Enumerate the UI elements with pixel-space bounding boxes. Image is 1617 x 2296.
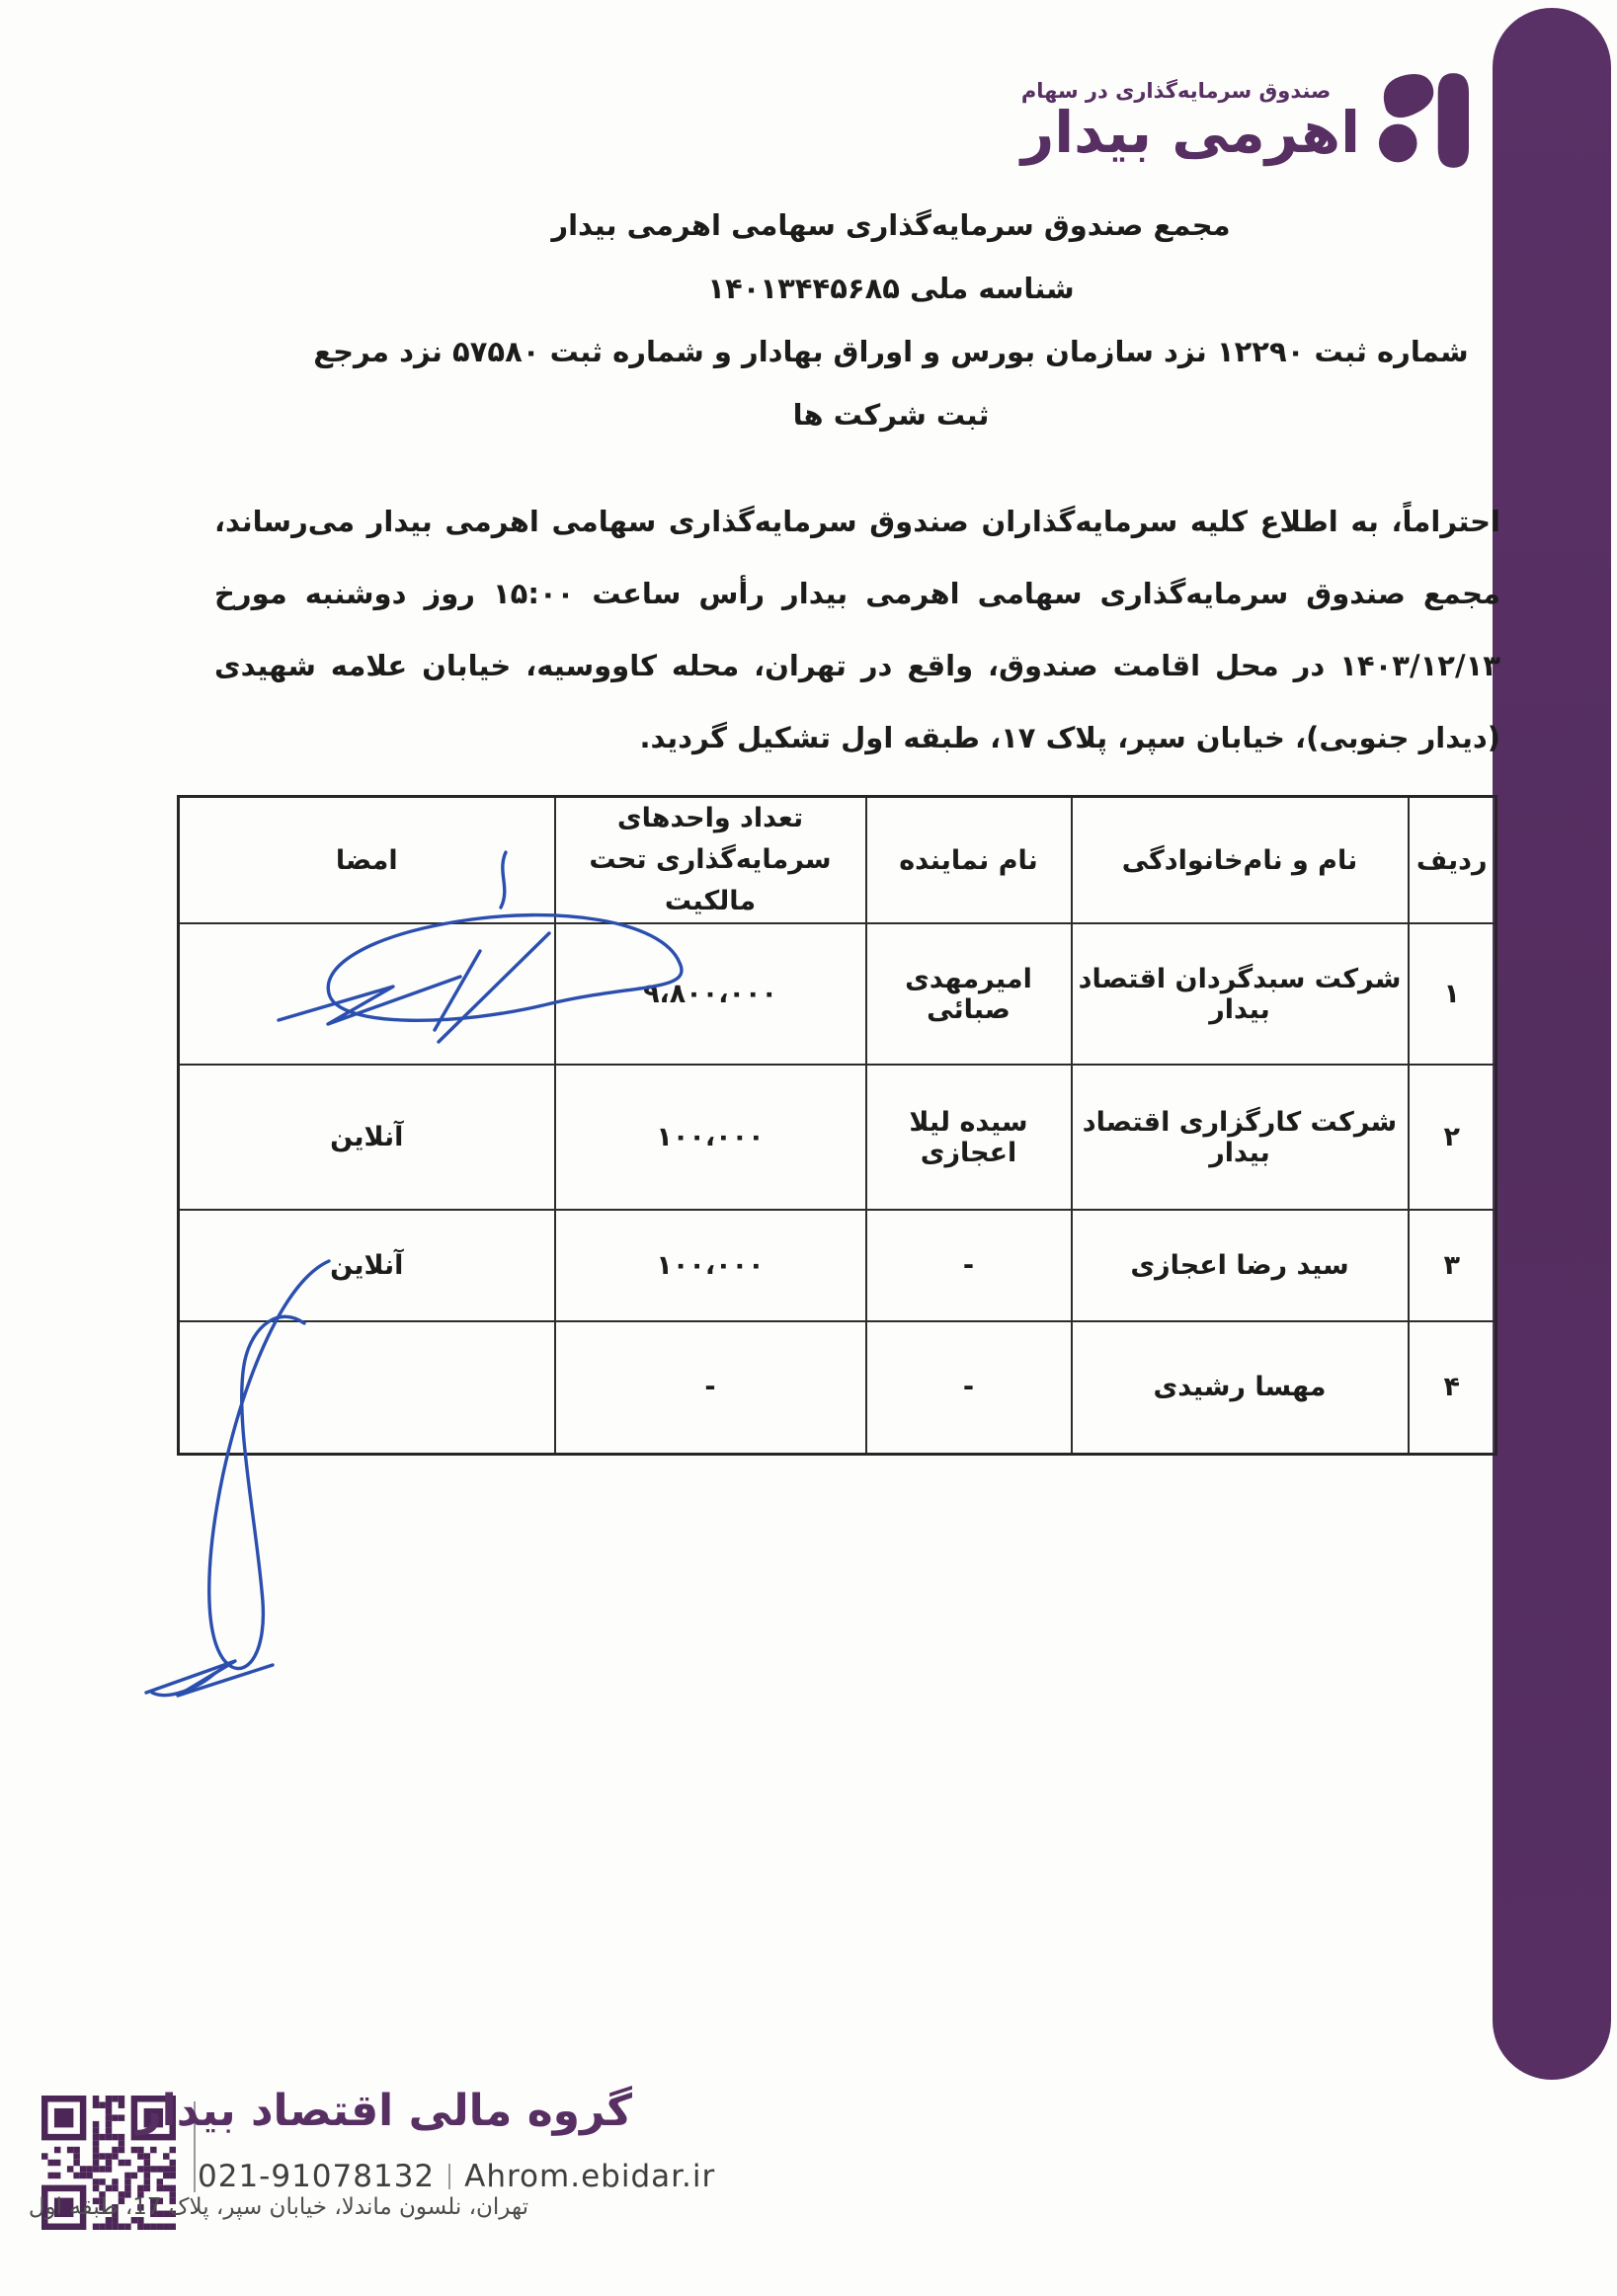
- cell-units-owned: ۱۰۰،۰۰۰: [555, 1065, 866, 1210]
- header-units-owned: تعداد واحدهای سرمایه‌گذاری تحت مالکیت: [555, 797, 866, 924]
- table-header-row: ردیف نام و نام‌خانوادگی نام نماینده تعدا…: [179, 797, 1496, 924]
- cell-representative: -: [866, 1210, 1072, 1321]
- cell-signature: [179, 1321, 555, 1454]
- announcement-paragraph: احتراماً، به اطلاع کلیه سرمایه‌گذاران صن…: [214, 486, 1500, 774]
- cell-row-number: ۴: [1409, 1321, 1496, 1454]
- cell-full-name: مهسا رشیدی: [1072, 1321, 1409, 1454]
- cell-row-number: ۲: [1409, 1065, 1496, 1210]
- table-row: ۱ شرکت سبدگردان اقتصاد بیدار امیرمهدی صب…: [179, 923, 1496, 1065]
- cell-representative: سیده لیلا اعجازی: [866, 1065, 1072, 1210]
- cell-signature: [179, 923, 555, 1065]
- cell-row-number: ۱: [1409, 923, 1496, 1065]
- table-row: ۲ شرکت کارگزاری اقتصاد بیدار سیده لیلا ا…: [179, 1065, 1496, 1210]
- scanned-letter-page: صندوق سرمایه‌گذاری در سهام اهرمی بیدار م…: [0, 0, 1617, 2296]
- contact-separator: [448, 2164, 450, 2189]
- table-row: ۴ مهسا رشیدی - -: [179, 1321, 1496, 1454]
- document-header: مجمع صندوق سرمایه‌گذاری سهامی اهرمی بیدا…: [283, 194, 1498, 446]
- brand-logo: صندوق سرمایه‌گذاری در سهام اهرمی بیدار: [1021, 69, 1469, 172]
- header-representative: نام نماینده: [866, 797, 1072, 924]
- attendees-table: ردیف نام و نام‌خانوادگی نام نماینده تعدا…: [177, 795, 1497, 1456]
- cell-full-name: شرکت کارگزاری اقتصاد بیدار: [1072, 1065, 1409, 1210]
- meeting-title-line: مجمع صندوق سرمایه‌گذاری سهامی اهرمی بیدا…: [283, 194, 1498, 257]
- cell-units-owned: -: [555, 1321, 866, 1454]
- fund-logo-icon: [1378, 69, 1469, 172]
- header-signature: امضا: [179, 797, 555, 924]
- footer-phone: 021-91078132: [198, 2159, 435, 2194]
- header-full-name: نام و نام‌خانوادگی: [1072, 797, 1409, 924]
- brand-logo-text: صندوق سرمایه‌گذاری در سهام اهرمی بیدار: [1021, 79, 1360, 163]
- header-row-number: ردیف: [1409, 797, 1496, 924]
- brand-name: اهرمی بیدار: [1021, 103, 1360, 163]
- footer-contact-line: 021-91078132Ahrom.ebidar.ir: [198, 2159, 652, 2194]
- brand-side-band: [1493, 8, 1611, 2080]
- table-row: ۳ سید رضا اعجازی - ۱۰۰،۰۰۰ آنلاین: [179, 1210, 1496, 1321]
- cell-signature: آنلاین: [179, 1065, 555, 1210]
- cell-full-name: سید رضا اعجازی: [1072, 1210, 1409, 1321]
- cell-full-name: شرکت سبدگردان اقتصاد بیدار: [1072, 923, 1409, 1065]
- cell-row-number: ۳: [1409, 1210, 1496, 1321]
- cell-signature: آنلاین: [179, 1210, 555, 1321]
- header-units-line1: تعداد واحدهای: [562, 798, 859, 839]
- footer-website: Ahrom.ebidar.ir: [464, 2159, 715, 2194]
- cell-units-owned: ۹،۸۰۰،۰۰۰: [555, 923, 866, 1065]
- footer-group-name: گروه مالی اقتصاد بیدار: [198, 2086, 632, 2136]
- header-units-line2: سرمایه‌گذاری تحت مالکیت: [562, 839, 859, 922]
- footer-address: تهران، نلسون ماندلا، خیابان سپر، پلاک 17…: [114, 2194, 528, 2220]
- cell-units-owned: ۱۰۰،۰۰۰: [555, 1210, 866, 1321]
- cell-representative: امیرمهدی صبائی: [866, 923, 1072, 1065]
- national-id-line: شناسه ملی ۱۴۰۱۳۴۴۵۶۸۵: [283, 257, 1498, 320]
- registration-numbers-line: شماره ثبت ۱۲۲۹۰ نزد سازمان بورس و اوراق …: [283, 320, 1498, 446]
- cell-representative: -: [866, 1321, 1072, 1454]
